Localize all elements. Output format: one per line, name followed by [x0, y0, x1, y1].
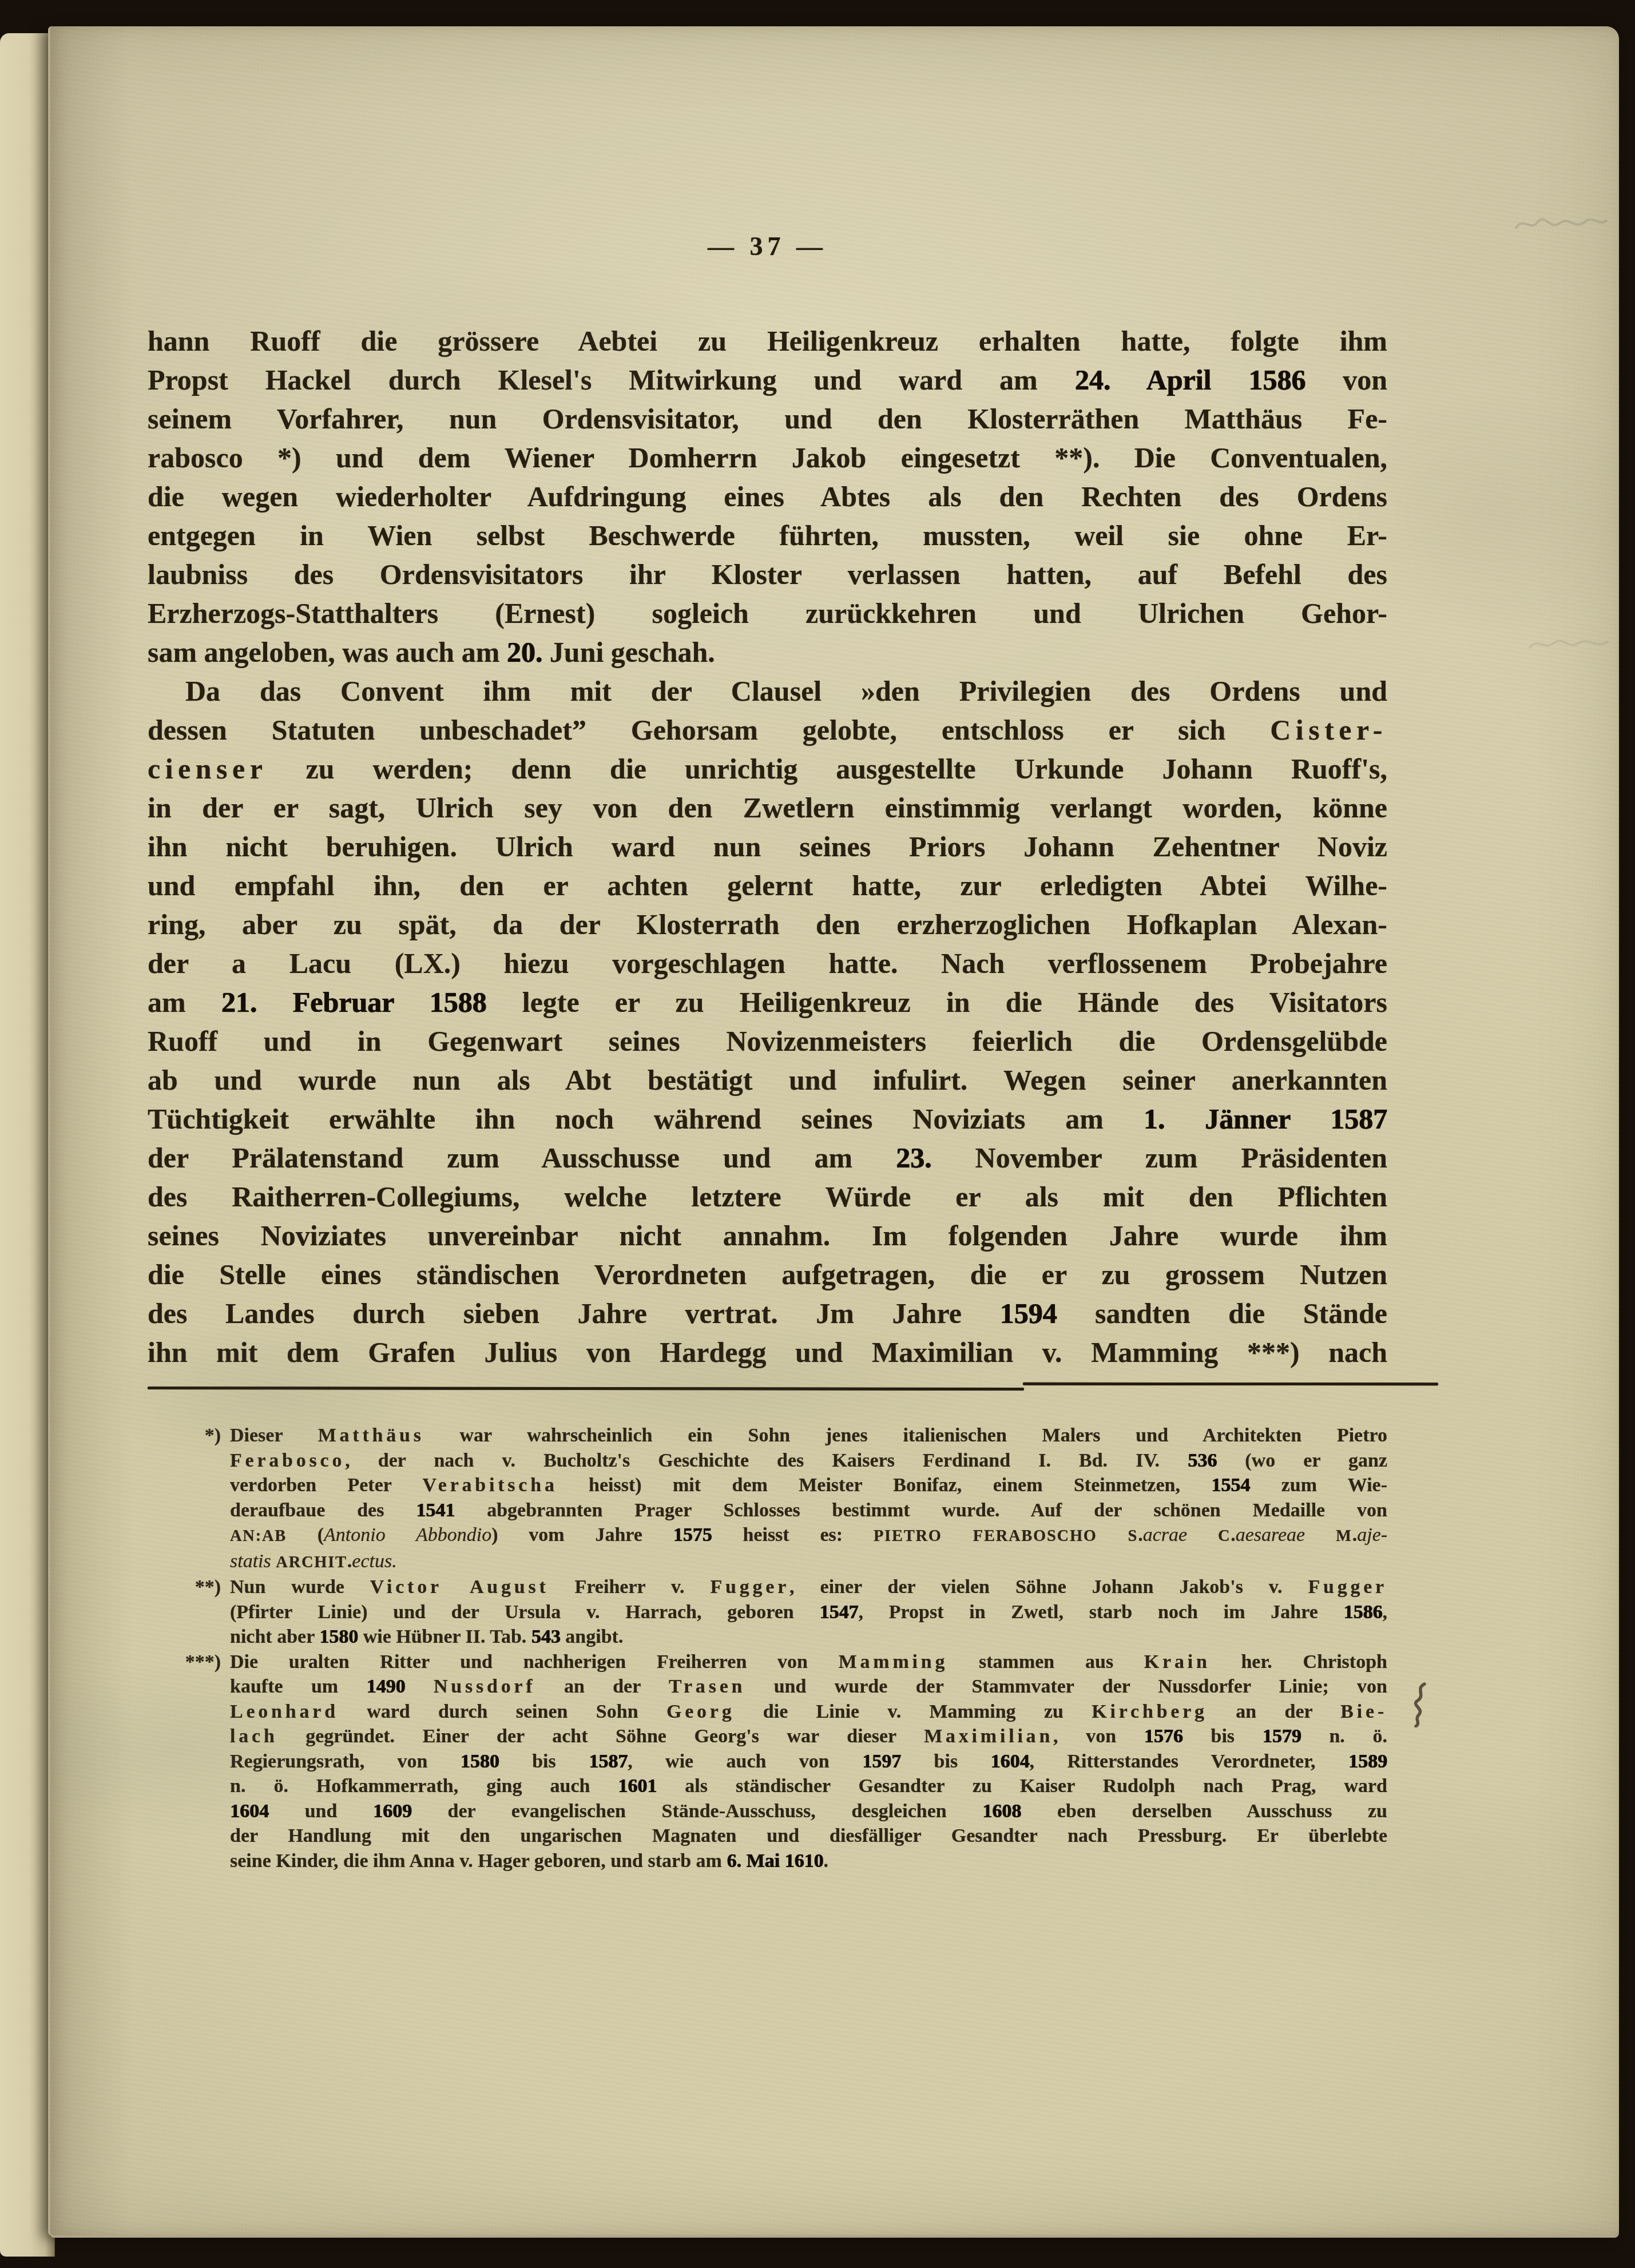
footnote-line: AN:AB (Antonio Abbondio) vom Jahre 1575 …: [230, 1523, 1387, 1549]
body-line: des Raitherren-Collegiums, welche letzte…: [148, 1177, 1387, 1216]
body-line: Erzherzogs-Statthalters (Ernest) sogleic…: [148, 594, 1387, 633]
footnote-line: Leonhard ward durch seinen Sohn Georg di…: [230, 1699, 1387, 1725]
body-line: Ruoff und in Gegenwart seines Novizenmei…: [148, 1022, 1387, 1060]
footnote-line: Regierungsrath, von 1580 bis 1587, wie a…: [230, 1749, 1387, 1774]
body-line: am 21. Februar 1588 legte er zu Heiligen…: [148, 983, 1387, 1022]
body-line: Tüchtigkeit erwählte ihn noch während se…: [148, 1099, 1387, 1138]
body-line: der Prälatenstand zum Ausschusse und am …: [148, 1138, 1387, 1177]
pencil-mark: [1526, 628, 1612, 657]
body-line: laubniss des Ordensvisitators ihr Kloste…: [148, 555, 1387, 594]
body-line: seines Noviziates unvereinbar nicht anna…: [148, 1216, 1387, 1255]
footnote-line: lach gegründet. Einer der acht Söhne Geo…: [230, 1724, 1387, 1749]
footnote-line: seine Kinder, die ihm Anna v. Hager gebo…: [230, 1849, 1387, 1874]
footnote-marker: ***): [148, 1650, 221, 1675]
body-line: ring, aber zu spät, da der Klosterrath d…: [148, 905, 1387, 944]
underlying-page-edge: [0, 33, 55, 2257]
footnote-line: Ferabosco, der nach v. Bucholtz's Geschi…: [230, 1448, 1387, 1473]
body-line: ab und wurde nun als Abt bestätigt und i…: [148, 1060, 1387, 1099]
footnote-line: kaufte um 1490 Nussdorf an der Trasen un…: [230, 1674, 1387, 1699]
body-line: sam angeloben, was auch am 20. Juni gesc…: [148, 633, 1387, 672]
body-text: hann Ruoff die grössere Aebtei zu Heilig…: [148, 321, 1387, 1372]
footnote-line: Die uralten Ritter und nachherigen Freih…: [230, 1650, 1387, 1675]
footnote-separator: [1023, 1383, 1438, 1386]
body-line: die wegen wiederholter Aufdringung eines…: [148, 477, 1387, 516]
footnote-line: verdorben Peter Verabitscha heisst) mit …: [230, 1473, 1387, 1498]
body-line: entgegen in Wien selbst Beschwerde führt…: [148, 516, 1387, 555]
footnote-line: der Handlung mit den ungarischen Magnate…: [230, 1824, 1387, 1849]
footnote-marker: *): [148, 1423, 221, 1448]
scanned-book-page: — 37 — hann Ruoff die grössere Aebtei zu…: [0, 0, 1635, 2268]
margin-squiggle-mark: [1407, 1682, 1430, 1727]
body-line: Da das Convent ihm mit der Clausel »den …: [148, 672, 1387, 710]
footnote-line: Nun wurde Victor August Freiherr v. Fugg…: [230, 1575, 1387, 1600]
footnote: *)Dieser Matthäus war wahrscheinlich ein…: [148, 1423, 1387, 1575]
footnote-line: Dieser Matthäus war wahrscheinlich ein S…: [230, 1423, 1387, 1448]
body-line: die Stelle eines ständischen Verordneten…: [148, 1255, 1387, 1294]
body-line: dessen Statuten unbeschadet” Gehorsam ge…: [148, 710, 1387, 749]
footnote-line: nicht aber 1580 wie Hübner II. Tab. 543 …: [230, 1624, 1387, 1650]
body-line: cienser zu werden; denn die unrichtig au…: [148, 749, 1387, 788]
body-line: ihn mit dem Grafen Julius von Hardegg un…: [148, 1333, 1387, 1372]
footnote-line: n. ö. Hofkammerrath, ging auch 1601 als …: [230, 1774, 1387, 1799]
footnote-line: deraufbaue des 1541 abgebrannten Prager …: [230, 1498, 1387, 1523]
body-line: der a Lacu (LX.) hiezu vorgeschlagen hat…: [148, 944, 1387, 983]
body-line: und empfahl ihn, den er achten gelernt h…: [148, 866, 1387, 905]
footnote-line: (Pfirter Linie) und der Ursula v. Harrac…: [230, 1600, 1387, 1625]
footnote: ***)Die uralten Ritter und nachherigen F…: [148, 1650, 1387, 1874]
book-page: — 37 — hann Ruoff die grössere Aebtei zu…: [50, 26, 1619, 2235]
body-line: ihn nicht beruhigen. Ulrich ward nun sei…: [148, 827, 1387, 866]
body-line: rabosco *) und dem Wiener Domherrn Jakob…: [148, 438, 1387, 477]
footnote-marker: **): [148, 1575, 221, 1600]
footnote-line: statis ARCHIT.ectus.: [230, 1549, 1387, 1575]
footnotes-block: *)Dieser Matthäus war wahrscheinlich ein…: [148, 1423, 1387, 1873]
pencil-mark: [1513, 205, 1610, 239]
body-line: in der er sagt, Ulrich sey von den Zwetl…: [148, 788, 1387, 827]
page-number: — 37 —: [148, 231, 1387, 261]
footnote-line: 1604 und 1609 der evangelischen Stände-A…: [230, 1799, 1387, 1824]
footnote-separator: [148, 1387, 1024, 1391]
body-line: seinem Vorfahrer, nun Ordensvisitator, u…: [148, 399, 1387, 438]
body-line: Propst Hackel durch Klesel's Mitwirkung …: [148, 360, 1387, 399]
footnote: **)Nun wurde Victor August Freiherr v. F…: [148, 1575, 1387, 1650]
body-line: des Landes durch sieben Jahre vertrat. J…: [148, 1294, 1387, 1333]
body-line: hann Ruoff die grössere Aebtei zu Heilig…: [148, 321, 1387, 360]
